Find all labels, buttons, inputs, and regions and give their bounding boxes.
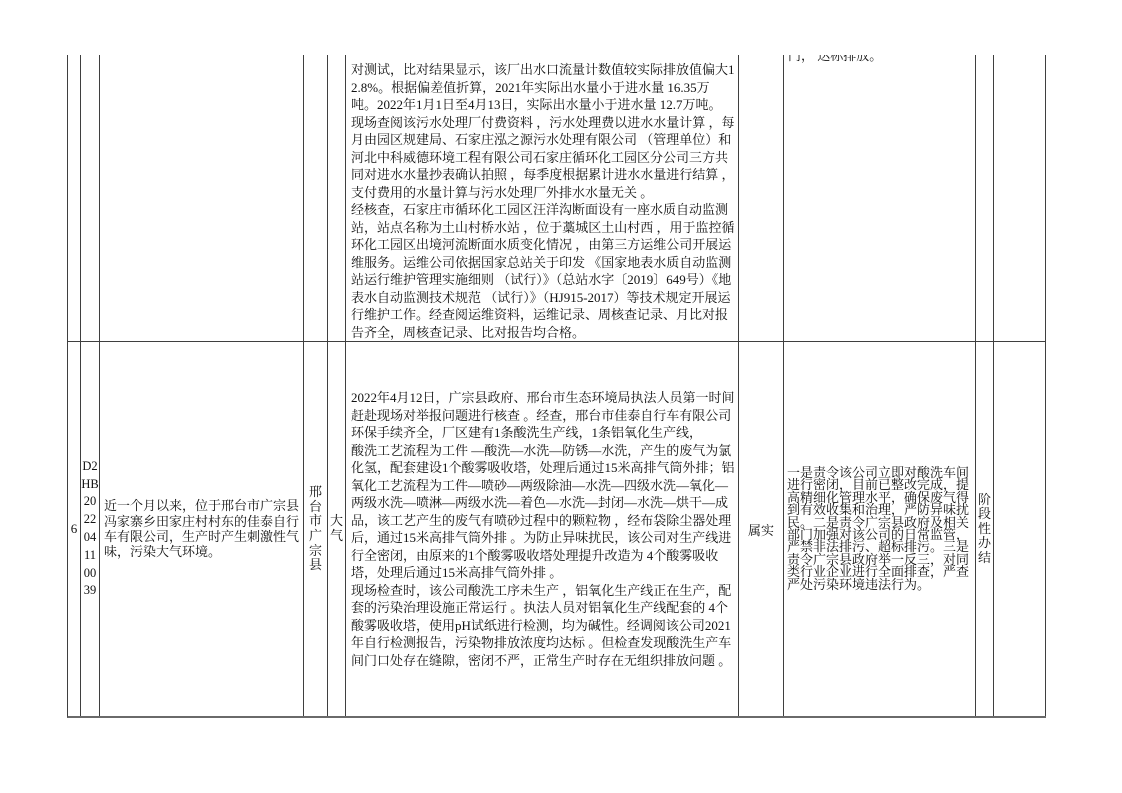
result-type-vertical-text: 阶段性办结 [978, 493, 992, 566]
investigation-paragraph: 现场查阅该污水处理厂付费资料 ，污水处理费以进水水量计算 ，每月由园区规建局、石… [351, 114, 735, 202]
cont-cell-result-type [976, 55, 994, 342]
investigation-paragraph: 酸洗工艺流程为工件 —酸洗—水洗—防锈—水洗，产生的废气为氯化氢，配套建设1个酸… [351, 442, 735, 582]
investigation-paragraph: 现场检查时，该公司酸洗工序未生产 ，铝氧化生产线正在生产，配套的污染治理设施正常… [351, 582, 735, 670]
verified-status: 属实 [748, 520, 774, 539]
cell-handling: 一是责令该公司立即对酸洗车间进行密闭，目前已整改完成，提高精细化管理水平，确保废… [784, 342, 976, 716]
report-table: 对测试，比对结果显示，该厂出水口流量计数值较实际排放值偏大12.8%。根据偏差值… [67, 55, 1046, 718]
cont-cell-handling: 门， 达标排放。 [784, 55, 976, 342]
cont-cell-region [304, 55, 328, 342]
clipped-text-fragment: 门， 达标排放。 [784, 55, 975, 67]
pollution-type-vertical-text: 大气 [330, 514, 344, 543]
handling-text: 一是责令该公司立即对酸洗车间进行密闭，目前已整改完成，提高精细化管理水平，确保废… [787, 467, 972, 591]
cell-extra [994, 342, 1046, 716]
complaint-text: 近一个月以来，位于邢台市广宗县冯家寨乡田家庄村村东的佳泰自行车有限公司，生产时产… [104, 498, 299, 560]
cont-cell-verified [739, 55, 784, 342]
cell-complaint: 近一个月以来，位于邢台市广宗县冯家寨乡田家庄村村东的佳泰自行车有限公司，生产时产… [100, 342, 304, 716]
cell-seq: 6 [68, 342, 81, 716]
investigation-paragraph: 经核查，石家庄市循环化工园区汪洋沟断面设有一座水质自动监测站，站点名称为土山村桥… [351, 201, 735, 341]
cell-verified: 属实 [739, 342, 784, 716]
cont-cell-code [81, 55, 100, 342]
cont-cell-extra [994, 55, 1046, 342]
cell-region: 邢台市广宗县 [304, 342, 328, 716]
region-vertical-text: 邢台市广宗县 [309, 485, 323, 573]
cell-code: D2 HB 20 22 04 11 00 39 [81, 342, 100, 716]
cell-pollution-type: 大气 [328, 342, 346, 716]
cont-cell-investigation: 对测试，比对结果显示，该厂出水口流量计数值较实际排放值偏大12.8%。根据偏差值… [346, 55, 739, 342]
cont-cell-seq [68, 55, 81, 342]
cont-cell-complaint [100, 55, 304, 342]
investigation-paragraph: 2022年4月12日，广宗县政府、邢台市生态环境局执法人员第一时间赶赴现场对举报… [351, 389, 735, 442]
cell-investigation: 2022年4月12日，广宗县政府、邢台市生态环境局执法人员第一时间赶赴现场对举报… [346, 342, 739, 716]
investigation-paragraph: 对测试，比对结果显示，该厂出水口流量计数值较实际排放值偏大12.8%。根据偏差值… [351, 61, 735, 114]
document-page: 对测试，比对结果显示，该厂出水口流量计数值较实际排放值偏大12.8%。根据偏差值… [0, 0, 1122, 793]
cont-cell-pollution-type [328, 55, 346, 342]
cell-result-type: 阶段性办结 [976, 342, 994, 716]
seq-number: 6 [71, 521, 78, 537]
acceptance-code: D2 HB 20 22 04 11 00 39 [81, 458, 98, 600]
